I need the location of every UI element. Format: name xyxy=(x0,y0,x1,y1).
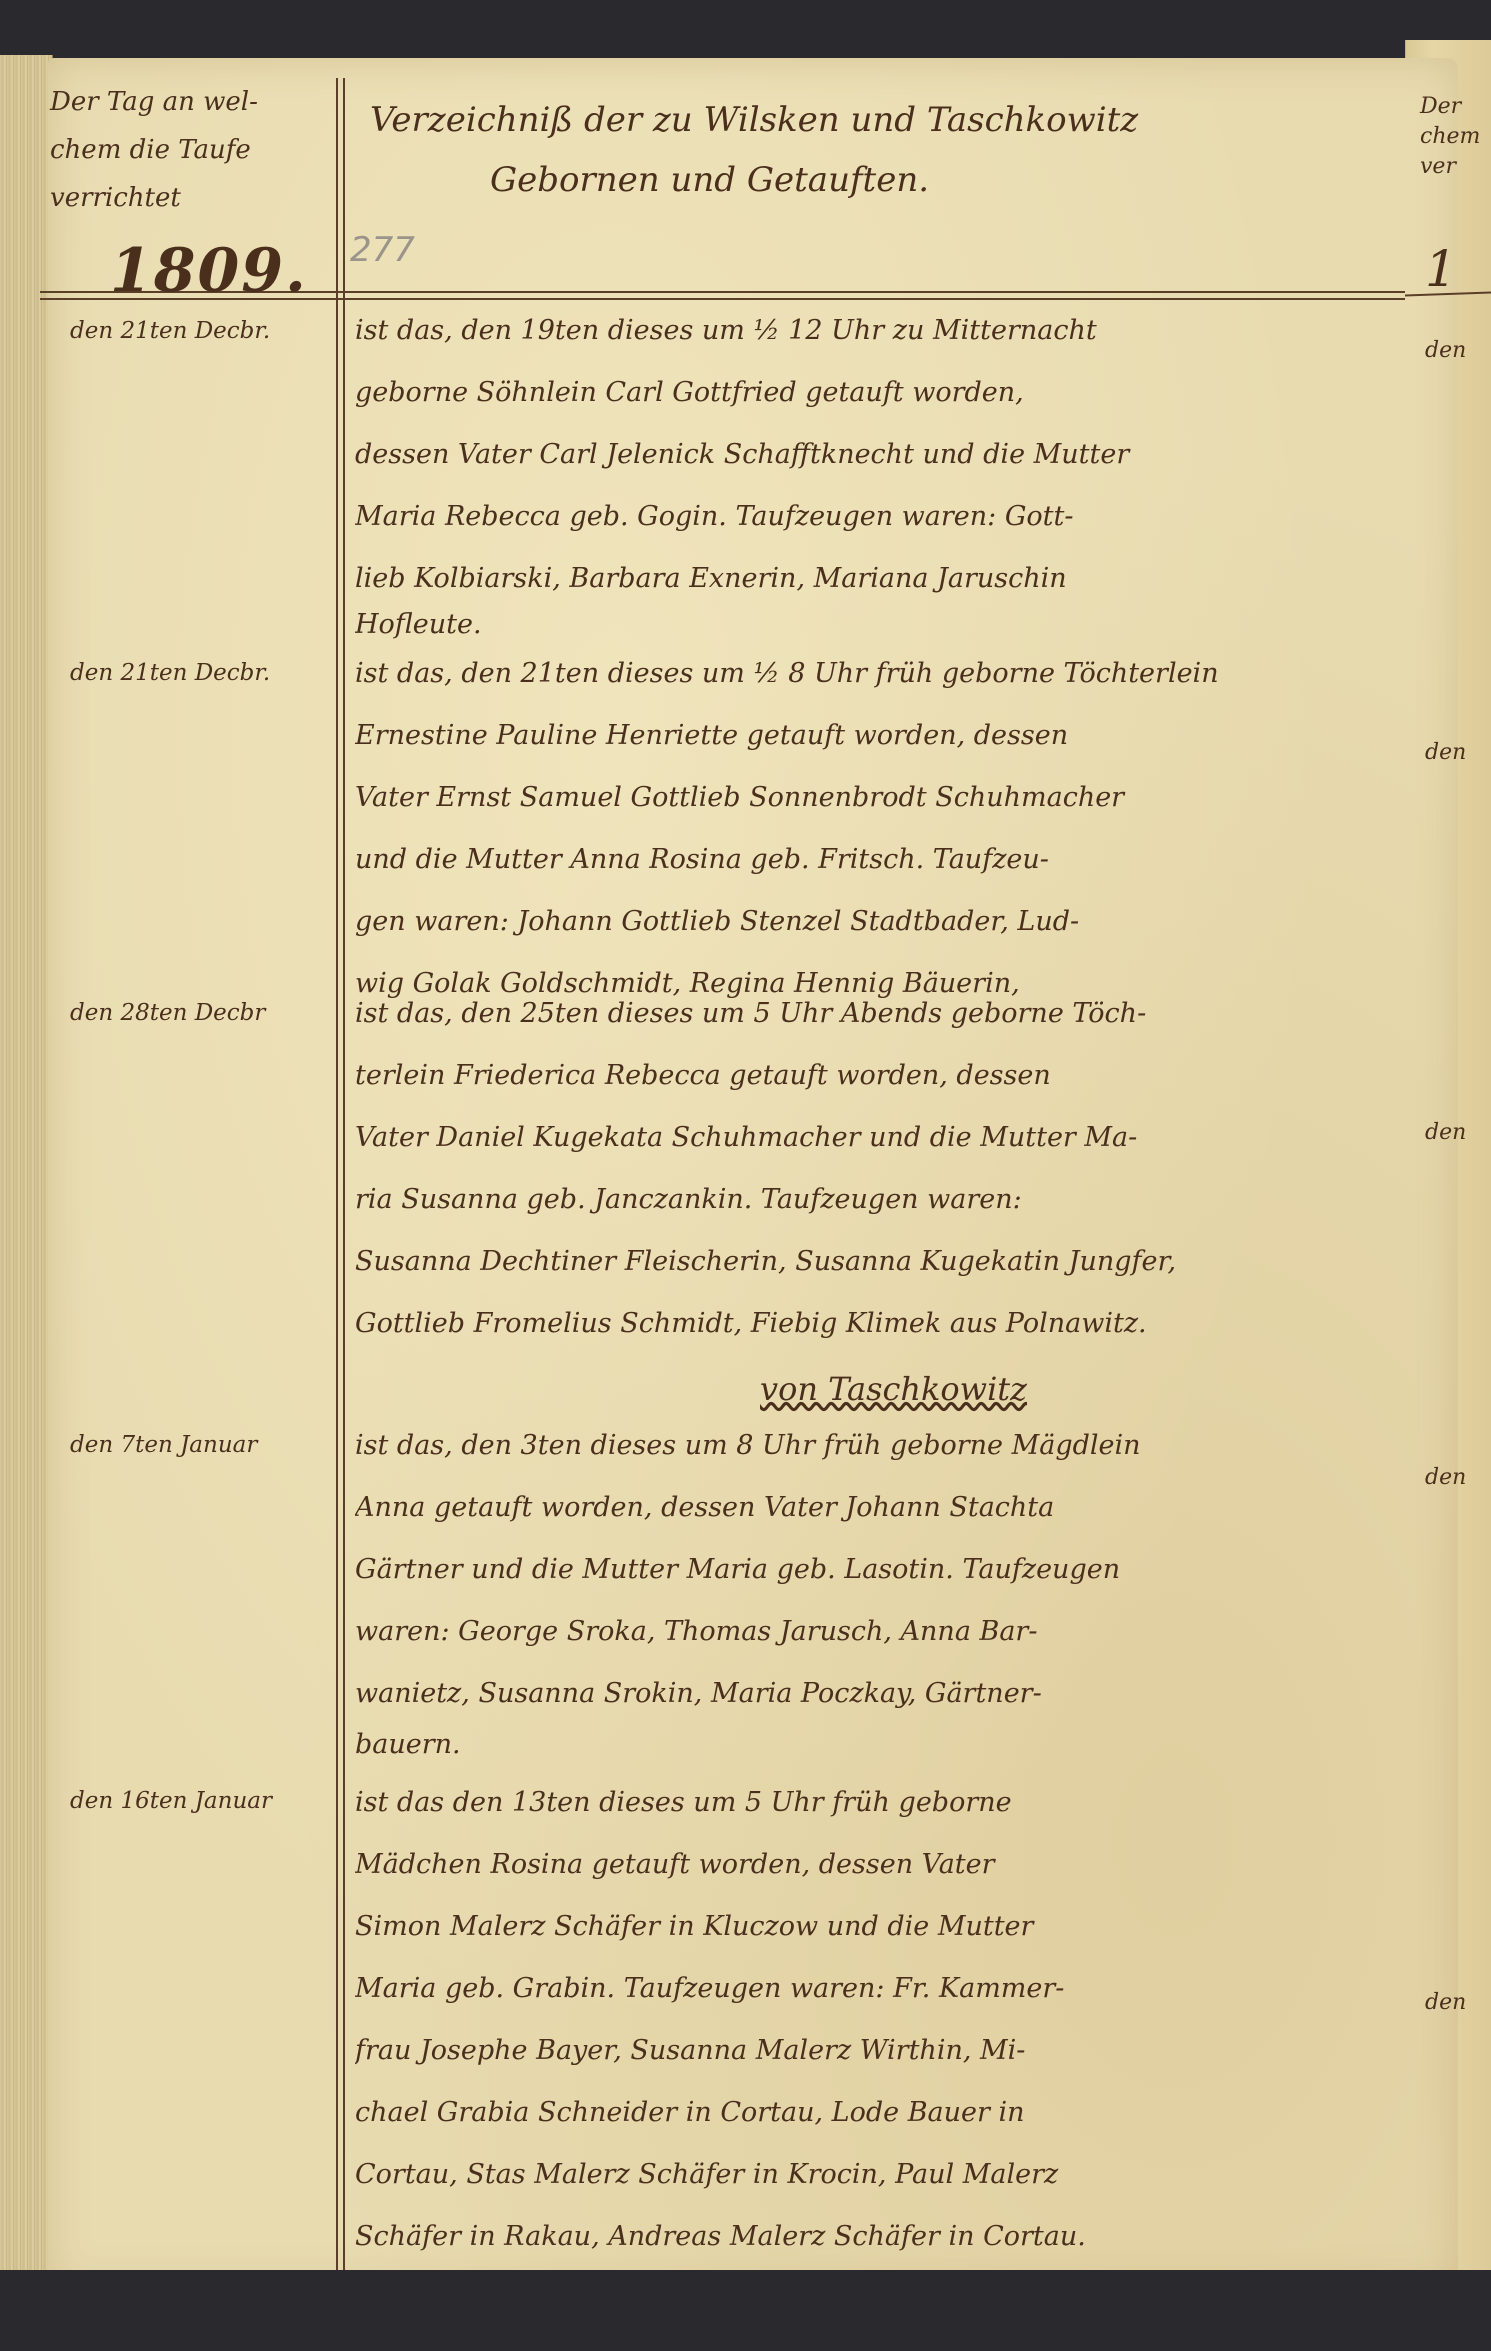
entry-line: waren: George Sroka, Thomas Jarusch, Ann… xyxy=(355,1601,1405,1663)
facing-page-date-fragment: den xyxy=(1425,1990,1466,2015)
entry-line: Simon Malerz Schäfer in Kluczow und die … xyxy=(355,1896,1405,1958)
facing-header-line: ver xyxy=(1420,152,1480,182)
date-column-header-line: verrichtet xyxy=(50,174,320,222)
date-column-header-line: Der Tag an wel- xyxy=(50,78,320,126)
facing-page-date-fragment: den xyxy=(1425,338,1466,363)
facing-header-line: Der xyxy=(1420,92,1480,122)
entry-line: lieb Kolbiarski, Barbara Exnerin, Marian… xyxy=(355,548,1405,610)
entry-line: Maria geb. Grabin. Taufzeugen waren: Fr.… xyxy=(355,1958,1405,2020)
page-stack-edge xyxy=(0,55,53,2295)
entry-date: den 28ten Decbr xyxy=(70,1000,265,1026)
entry-line: Ernestine Pauline Henriette getauft word… xyxy=(355,705,1405,767)
entry-line: ist das, den 21ten dieses um ½ 8 Uhr frü… xyxy=(355,643,1405,705)
entry-line: ist das, den 19ten dieses um ½ 12 Uhr zu… xyxy=(355,300,1405,362)
column-divider-line xyxy=(336,78,338,2278)
entry-line: Hofleute. xyxy=(355,610,1405,640)
facing-page-year-fragment: 1 xyxy=(1425,240,1457,298)
entry-line: dessen Vater Carl Jelenick Schafftknecht… xyxy=(355,424,1405,486)
entry-date: den 21ten Decbr. xyxy=(70,318,270,344)
entry-line: ist das, den 3ten dieses um 8 Uhr früh g… xyxy=(355,1415,1405,1477)
baptism-entry: ist das den 13ten dieses um 5 Uhr früh g… xyxy=(355,1772,1405,2268)
facing-page-header-fragment: Der chem ver xyxy=(1420,92,1480,182)
baptism-entry: ist das, den 25ten dieses um 5 Uhr Abend… xyxy=(355,983,1405,1355)
facing-page-date-fragment: den xyxy=(1425,1120,1466,1145)
facing-header-line: chem xyxy=(1420,122,1480,152)
entry-line: Anna getauft worden, dessen Vater Johann… xyxy=(355,1477,1405,1539)
entry-line: Cortau, Stas Malerz Schäfer in Krocin, P… xyxy=(355,2144,1405,2206)
register-year: 1809. xyxy=(110,236,308,306)
entry-date: den 7ten Januar xyxy=(70,1432,257,1458)
baptism-entry: ist das, den 3ten dieses um 8 Uhr früh g… xyxy=(355,1415,1405,1765)
entry-line: gen waren: Johann Gottlieb Stenzel Stadt… xyxy=(355,891,1405,953)
entry-line: ist das den 13ten dieses um 5 Uhr früh g… xyxy=(355,1772,1405,1834)
entry-line: Schäfer in Rakau, Andreas Malerz Schäfer… xyxy=(355,2206,1405,2268)
entry-line: geborne Söhnlein Carl Gottfried getauft … xyxy=(355,362,1405,424)
section-heading: von Taschkowitz xyxy=(760,1370,1027,1408)
entry-line: chael Grabia Schneider in Cortau, Lode B… xyxy=(355,2082,1405,2144)
register-title-line: Verzeichniß der zu Wilsken und Taschkowi… xyxy=(370,90,1138,150)
entry-line: Maria Rebecca geb. Gogin. Taufzeugen war… xyxy=(355,486,1405,548)
register-title-line: Gebornen und Getauften. xyxy=(370,150,1138,210)
entry-date: den 21ten Decbr. xyxy=(70,660,270,686)
entry-line: und die Mutter Anna Rosina geb. Fritsch.… xyxy=(355,829,1405,891)
entry-line: Gottlieb Fromelius Schmidt, Fiebig Klime… xyxy=(355,1293,1405,1355)
entry-line: Vater Daniel Kugekata Schuhmacher und di… xyxy=(355,1107,1405,1169)
entry-line: bauern. xyxy=(355,1725,1405,1765)
entry-line: ist das, den 25ten dieses um 5 Uhr Abend… xyxy=(355,983,1405,1045)
entry-line: Susanna Dechtiner Fleischerin, Susanna K… xyxy=(355,1231,1405,1293)
date-column-header-line: chem die Taufe xyxy=(50,126,320,174)
entry-line: Mädchen Rosina getauft worden, dessen Va… xyxy=(355,1834,1405,1896)
entry-line: Vater Ernst Samuel Gottlieb Sonnenbrodt … xyxy=(355,767,1405,829)
baptism-entry: ist das, den 21ten dieses um ½ 8 Uhr frü… xyxy=(355,643,1405,1015)
entry-line: wanietz, Susanna Srokin, Maria Poczkay, … xyxy=(355,1663,1405,1725)
entry-line: Gärtner und die Mutter Maria geb. Lasoti… xyxy=(355,1539,1405,1601)
facing-page-date-fragment: den xyxy=(1425,1465,1466,1490)
pencil-folio-number: 277 xyxy=(350,230,415,270)
entry-line: frau Josephe Bayer, Susanna Malerz Wirth… xyxy=(355,2020,1405,2082)
scan-backdrop-bottom xyxy=(0,2270,1491,2351)
baptism-entry: ist das, den 19ten dieses um ½ 12 Uhr zu… xyxy=(355,300,1405,640)
date-column-header: Der Tag an wel- chem die Taufe verrichte… xyxy=(50,78,320,222)
column-divider-line xyxy=(343,78,345,2278)
register-title: Verzeichniß der zu Wilsken und Taschkowi… xyxy=(370,90,1138,210)
entry-line: ria Susanna geb. Janczankin. Taufzeugen … xyxy=(355,1169,1405,1231)
facing-page-date-fragment: den xyxy=(1425,740,1466,765)
entry-line: terlein Friederica Rebecca getauft worde… xyxy=(355,1045,1405,1107)
entry-date: den 16ten Januar xyxy=(70,1788,272,1814)
